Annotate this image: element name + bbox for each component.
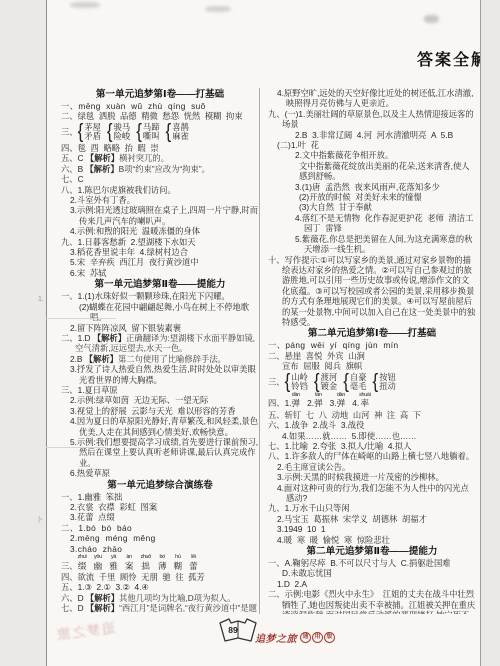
answer-line: 二、绿毯 洒脱 品德 精微 愁怨 恍然 模糊 拘束 bbox=[61, 111, 259, 121]
answer-line: 五、斩钉 七 八 动地 山河 神 注 高 下 bbox=[268, 410, 476, 420]
left-column: 第一单元追梦第Ⅰ卷——打基础一、mēng xuàn wǔ zhù qíng su… bbox=[61, 88, 259, 614]
answer-line: (2)蝴蝶在花园中翩翩起舞,小鸟在树上不停地歌唱。 bbox=[61, 302, 259, 323]
pinyin-character: shuài率 bbox=[359, 393, 370, 409]
character: 雅 bbox=[109, 561, 118, 571]
answer-line: 3.1949 10 1 bbox=[268, 524, 476, 534]
answer-line: 二、悬崖 喜悦 外宾 山涧 bbox=[268, 351, 476, 361]
item-number: 4. bbox=[352, 398, 359, 408]
pinyin-character: dàn弹 bbox=[337, 393, 346, 409]
character: 案 bbox=[125, 561, 134, 571]
answer-line: 一、1.(1)水珠好似一颗颗珍珠,在阳光下闪耀。 bbox=[61, 291, 259, 301]
answer-line: 4.落红不是无情物 化作春泥更护花 老师 清洁工 园丁 雷锋 bbox=[268, 213, 476, 234]
answer-line: 2.B 【解析】第二句使用了比喻修辞手法。 bbox=[61, 354, 259, 364]
answer-page: 答案全解 第一单元追梦第Ⅰ卷——打基础一、mēng xuàn wǔ zhù qí… bbox=[46, 0, 481, 666]
page-number: 89 bbox=[223, 625, 243, 635]
answer-line: 2.mēng méng měng bbox=[61, 533, 259, 543]
answer-line: 十、写作提示:①可以写家乡的美景,通过对家乡景物的描绘表达对家乡的热爱之情。②可… bbox=[268, 255, 476, 328]
answer-line: 4.原野空旷,远处的天空好像比近处的树还低,江水清澈,映照得月亮仿佛与人更亲近。 bbox=[268, 88, 476, 109]
word-pair: 按钮扭动 bbox=[379, 373, 396, 392]
scan-artifact bbox=[46, 318, 116, 319]
word: 险峻 bbox=[114, 132, 131, 142]
item-number: 1. bbox=[285, 398, 292, 408]
answer-line: 二、1.D 【解析】正确翻译为:望湖楼下水面平静如镜,空气清新,远远望去,水天一… bbox=[61, 333, 259, 354]
scan-artifact bbox=[46, 447, 106, 448]
pinyin-character: dàn弹 bbox=[292, 393, 301, 409]
answer-line: 6.热爱草原 bbox=[61, 468, 259, 478]
scan-artifact: 卜 bbox=[36, 515, 43, 525]
analysis-text: B项“约束”应改为“拘束”。 bbox=[119, 164, 210, 174]
brace-word-pairs: 三、{茅屋矛盾{骏马险峻{马蹄嘶叫{喜鹊麻雀 bbox=[61, 123, 259, 142]
analysis-tag: 【解析】 bbox=[86, 603, 119, 613]
analysis-text: 横衬突兀的。 bbox=[119, 153, 169, 163]
answer-line: (3)大自然 甘于奉献 bbox=[268, 202, 476, 212]
answer-line: 4.面对这种可贵的行为,我们怎能不为人性中的闪光点感动? bbox=[268, 483, 476, 504]
item-label: 三、 bbox=[268, 377, 285, 387]
answer-line: 5.宋 辛弃疾 西江月 夜行黄沙道中 bbox=[61, 257, 259, 267]
word-pair: 山岭铃铛 bbox=[291, 373, 308, 392]
answer-line: 2.文中指紫薇花争相开放。 bbox=[268, 150, 476, 160]
scan-artifact bbox=[70, 2, 100, 8]
answer-line: 一、páng wēi yí qíng jùn mín bbox=[268, 340, 476, 350]
answer-line: 九、1.万水千山只等闲 bbox=[268, 503, 476, 513]
answer-line: 三、1.夏日草原 bbox=[61, 385, 259, 395]
brace-word-pairs: 三、{山岭铃铛{渡河镀金{自豪毫毛{按钮扭动 bbox=[268, 373, 476, 392]
answer-line: D.未敢忘忧国 bbox=[268, 568, 476, 578]
answer-line: 2.毛主席宣读公告。 bbox=[268, 462, 476, 472]
word-pair-group: {山岭铃铛 bbox=[285, 373, 308, 392]
pinyin-character: tán弹 bbox=[314, 393, 323, 409]
answer-line: (2)开放的时候 对美好未来的憧憬 bbox=[268, 192, 476, 202]
answer-line: 一、A.鞠躬尽瘁 B.不可以尺寸与人 C.捐躯赴国难 bbox=[268, 558, 476, 568]
word-pair-group: {马蹄嘶叫 bbox=[136, 123, 159, 142]
pinyin-character-row: 三、zhuì缀yōu幽yǎ雅àn案zhuō拙bó薄hú糊lěi蕾 bbox=[61, 555, 259, 571]
analysis-tag: 【解析】 bbox=[86, 593, 119, 603]
character: 率 bbox=[361, 398, 370, 408]
pinyin-character: yǎ雅 bbox=[109, 555, 118, 571]
pinyin-character: zhuì缀 bbox=[78, 555, 87, 571]
word-pair: 渡河镀金 bbox=[321, 373, 338, 392]
word-pair: 马蹄嘶叫 bbox=[143, 123, 160, 142]
brand-logo: 追梦之旅 通 用 版 bbox=[255, 630, 336, 645]
answer-line: 2.斗室外有丁香。 bbox=[61, 195, 259, 205]
section-header: 第一单元追梦第Ⅱ卷——提能力 bbox=[61, 278, 259, 291]
pinyin-character: àn案 bbox=[125, 555, 134, 571]
answer-line: 4.因为夏日的草原阳光静好,青草繁茂,和风轻柔,景色优美,人走在其间感到心情美好… bbox=[61, 416, 259, 437]
answer-line: 4.示例:和煦的阳光 温暖冻僵的身体 bbox=[61, 226, 259, 236]
character: 薄 bbox=[158, 561, 167, 571]
pinyin-character: bó薄 bbox=[158, 555, 167, 571]
page-title: 答案全解 bbox=[417, 47, 481, 70]
answer-line: 1.D 2.A bbox=[268, 579, 476, 589]
word: 嘶叫 bbox=[143, 132, 160, 142]
word-pair-group: {渡河镀金 bbox=[314, 373, 337, 392]
answer-line: 四、毯 酉 略略 抬 暇 崇 bbox=[61, 143, 259, 153]
answer-line: 3.示例:阳光透过玻璃照在桌子上,四周一片宁静,时而传来几声汽车的喇叭声。 bbox=[61, 205, 259, 226]
answer-line: 九、(一)1.美丽壮阔的草原景色,以及主人热情迎接远客的场景 bbox=[268, 109, 476, 130]
word: 扭动 bbox=[379, 382, 396, 392]
analysis-text: 其他几项均为比喻,D项为拟人。 bbox=[119, 593, 235, 603]
analysis-tag: 【解析】 bbox=[86, 153, 119, 163]
answer-line: 4.如果……就…… 5.即使……也…… bbox=[268, 431, 476, 441]
answer-line: 3.稻花香里说丰年 4.绿树村边合 bbox=[61, 247, 259, 257]
word-pair: 茅屋矛盾 bbox=[84, 123, 101, 142]
answer-line: 3.花蕾 点缀 bbox=[61, 512, 259, 522]
answer-line: 七、1.比喻 2.夸张 3.拟人/比喻 4.拟人 bbox=[268, 441, 476, 451]
answer-line: 2.马宝玉 葛振林 宋学义 胡德林 胡福才 bbox=[268, 514, 476, 524]
answer-line: 文中指紫薇花绽放出美丽的花朵,送来清香,使人感到舒畅。 bbox=[268, 161, 476, 182]
character: 弹 bbox=[337, 398, 346, 408]
answer-line: 5.紫薇花,你总是把美留在人间,为这充满寒意的秋天增添一线生机。 bbox=[268, 234, 476, 255]
answer-line: 五、C 【解析】横衬突兀的。 bbox=[61, 153, 259, 163]
pinyin-character: lěi蕾 bbox=[189, 555, 198, 571]
ink-bleed-watermark: 追梦之旅 bbox=[54, 617, 116, 643]
word: 毫毛 bbox=[350, 382, 367, 392]
analysis-tag: 【解析】 bbox=[85, 354, 118, 364]
brace-glyph: { bbox=[107, 126, 113, 138]
brace-glyph: { bbox=[373, 376, 379, 388]
word: 矛盾 bbox=[84, 132, 101, 142]
word-pair-group: {茅屋矛盾 bbox=[78, 123, 101, 142]
character: 蕾 bbox=[189, 561, 198, 571]
brace-glyph: { bbox=[78, 126, 84, 138]
analysis-tag: 【解析】 bbox=[93, 333, 126, 343]
brand-edition-char: 通 bbox=[300, 632, 311, 643]
answer-columns: 第一单元追梦第Ⅰ卷——打基础一、mēng xuàn wǔ zhù qíng su… bbox=[61, 88, 476, 614]
answer-line: 一、1.幽雅 笨拙 bbox=[61, 492, 259, 502]
brace-glyph: { bbox=[166, 126, 172, 138]
item-number: 2. bbox=[307, 398, 314, 408]
answer-line: 七、C bbox=[61, 174, 259, 184]
answer-line: (二)1.叶 花 bbox=[268, 140, 476, 150]
answer-line: 2.B 3.非常辽阔 4.河 河水清澈明亮 A 5.B bbox=[268, 130, 476, 140]
answer-line: 六、1.战争 2.战斗 3.战役 bbox=[268, 420, 476, 430]
word-pair-group: {喜鹊麻雀 bbox=[166, 123, 189, 142]
brace-glyph: { bbox=[136, 126, 142, 138]
character: 幽 bbox=[94, 561, 103, 571]
section-header: 第二单元追梦第Ⅱ卷——提能力 bbox=[268, 545, 476, 558]
word: 铃铛 bbox=[291, 382, 308, 392]
answer-line: 5.示例:我们想要提高学习成绩,首先要进行课前预习,然后在课堂上要认真听老师讲课… bbox=[61, 437, 259, 468]
answer-line: 3.cháo zhāo bbox=[61, 544, 259, 554]
character: 糊 bbox=[174, 561, 183, 571]
answer-line: 六、D 【解析】其他几项均为比喻,D项为拟人。 bbox=[61, 593, 259, 603]
analysis-tag: 【解析】 bbox=[85, 164, 118, 174]
answer-line: 2.示例:绿草如茵 无边无际、一望无际 bbox=[61, 395, 259, 405]
answer-line: 八、1.许多敌人的尸体在崎岖的山路上横七竖八地躺着。 bbox=[268, 451, 476, 461]
answer-line: 3.(1)唐 孟浩然 夜来风雨声,花落知多少 bbox=[268, 182, 476, 192]
brand-name: 追梦之旅 bbox=[255, 630, 297, 645]
answer-line: 3.抒发了诗人热爱自然,热爱生活,时时处处以审美眼光看世界的博大胸襟。 bbox=[61, 364, 259, 385]
word-pair-group: {自豪毫毛 bbox=[343, 373, 366, 392]
brand-edition-char: 用 bbox=[312, 632, 323, 643]
item-label: 三、 bbox=[61, 127, 78, 137]
scan-artifact: 1. bbox=[38, 296, 44, 303]
word: 麻雀 bbox=[172, 132, 189, 142]
section-header: 第一单元追梦综合演练卷 bbox=[61, 479, 259, 492]
character: 弹 bbox=[314, 398, 323, 408]
answer-line: 五、1.③ 2.① 3.② 4.④ bbox=[61, 582, 259, 592]
section-header: 第一单元追梦第Ⅰ卷——打基础 bbox=[61, 88, 259, 101]
answer-line: 二、示例:电影《烈火中永生》 江姐的丈夫在战斗中壮烈牺牲了,她也因叛徒出卖不幸被… bbox=[268, 589, 476, 614]
word-pair: 喜鹊麻雀 bbox=[172, 123, 189, 142]
scan-artifact bbox=[205, 6, 231, 12]
answer-line: 四、欲流 千里 顾怜 无朋 驰 往 孤芳 bbox=[61, 572, 259, 582]
brace-glyph: { bbox=[314, 376, 320, 388]
answer-line: 八、1.陈巴尔虎旗被我们访问。 bbox=[61, 185, 259, 195]
answer-line: 一、mēng xuàn wǔ zhù qíng suǒ bbox=[61, 101, 259, 111]
item-label: 三、 bbox=[61, 561, 78, 571]
word-pair: 自豪毫毛 bbox=[350, 373, 367, 392]
pinyin-character-row: 四、1.dàn弹2.tán弹3.dàn弹4.shuài率 bbox=[268, 393, 476, 409]
pinyin-character: yōu幽 bbox=[94, 555, 103, 571]
right-column: 4.原野空旷,远处的天空好像比近处的树还低,江水清澈,映照得月亮仿佛与人更亲近。… bbox=[259, 88, 476, 614]
item-number: 3. bbox=[330, 398, 337, 408]
brace-glyph: { bbox=[285, 376, 291, 388]
pinyin-character: hú糊 bbox=[174, 555, 183, 571]
word-pair-group: {按钮扭动 bbox=[373, 373, 396, 392]
brand-edition-char: 版 bbox=[324, 632, 335, 643]
answer-line: 九、1.日暮客愁新 2.望湖楼下水如天 bbox=[61, 237, 259, 247]
answer-line: 3.视觉上的舒展 云影与天光 难以形容的芳香 bbox=[61, 406, 259, 416]
answer-line: 六、B 【解析】B项“约束”应改为“拘束”。 bbox=[61, 164, 259, 174]
answer-line: 6.宋 苏轼 bbox=[61, 268, 259, 278]
page-footer: 89 追梦之旅 通 用 版 追梦之旅 bbox=[47, 613, 480, 659]
item-label: 四、 bbox=[268, 398, 285, 408]
section-header: 第二单元追梦第Ⅰ卷——打基础 bbox=[268, 327, 476, 340]
analysis-text: 第二句使用了比喻修辞手法。 bbox=[118, 354, 226, 364]
scan-artifact bbox=[424, 15, 439, 23]
brace-glyph: { bbox=[343, 376, 349, 388]
word-pair: 骏马险峻 bbox=[114, 123, 131, 142]
answer-line: 二、1.bó bó báo bbox=[61, 523, 259, 533]
pinyin-character: zhuō拙 bbox=[140, 555, 151, 571]
character: 缀 bbox=[78, 561, 87, 571]
answer-line: 2.衣裳 衣襟 彩虹 图案 bbox=[61, 502, 259, 512]
answer-line: 3.示例:天黑的时候我摸进一片茂密的沙柳林。 bbox=[268, 472, 476, 482]
character: 弹 bbox=[292, 398, 301, 408]
word-pair-group: {骏马险峻 bbox=[107, 123, 130, 142]
character: 拙 bbox=[141, 561, 150, 571]
answer-line: 2.留下阵阵凉风 留下银装素裹 bbox=[61, 323, 259, 333]
answer-line: 4.暖 寒 暖 愉悦 寒 惊险悲壮 bbox=[268, 535, 476, 545]
word: 镀金 bbox=[321, 382, 338, 392]
